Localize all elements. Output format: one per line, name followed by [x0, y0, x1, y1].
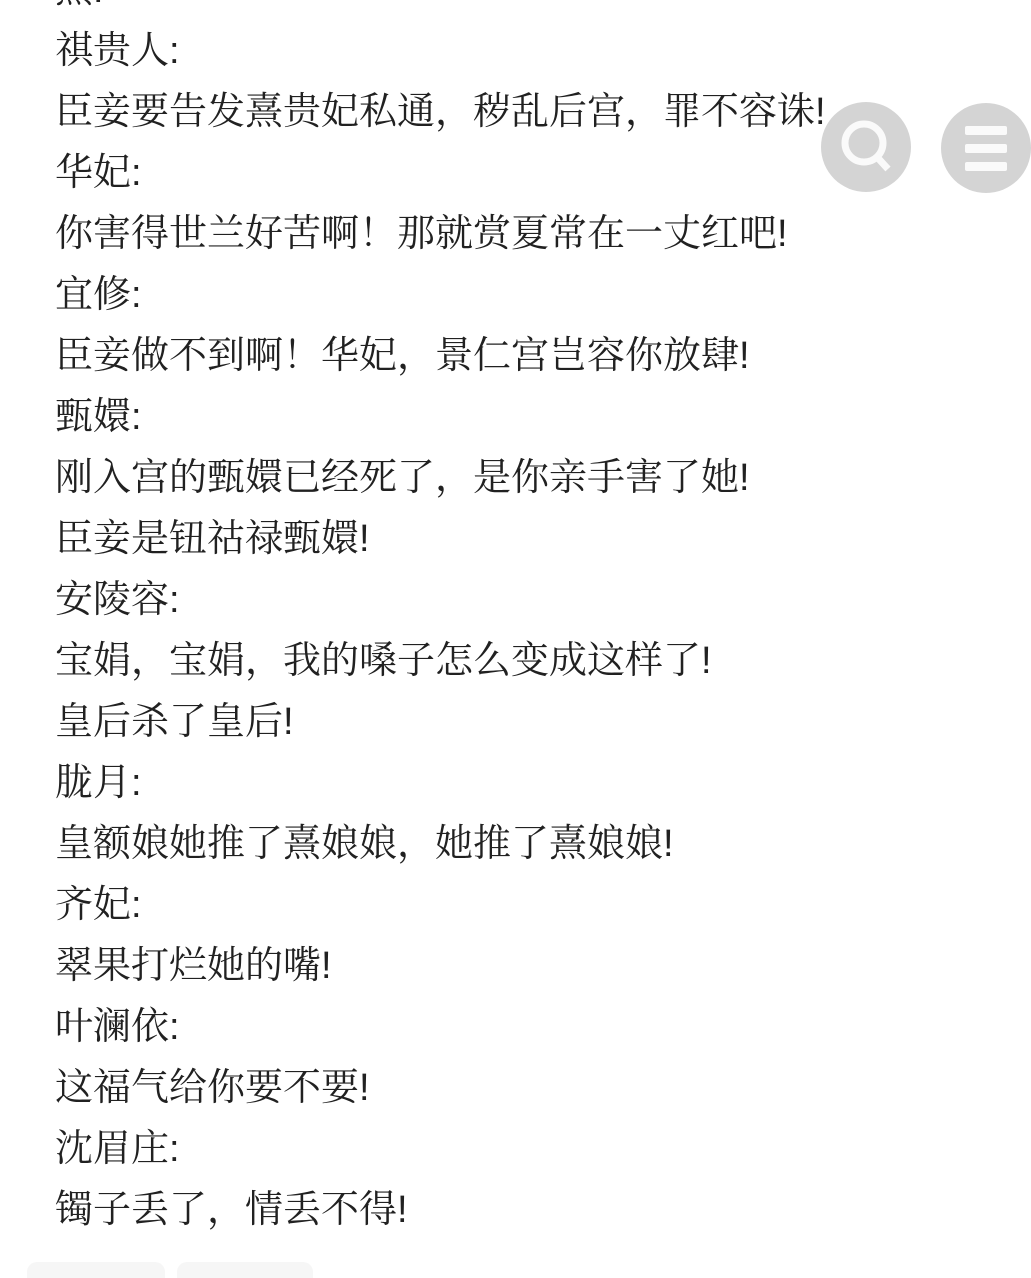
quote-line: 皇额娘她推了熹娘娘，她推了熹娘娘! — [55, 814, 1031, 875]
speaker-line: 宜修: — [55, 265, 1031, 326]
document-page: { "page": { "background_color": "#ffffff… — [0, 0, 1031, 1278]
bottom-placeholder-bar — [27, 1262, 165, 1278]
speaker-line: 叶澜依: — [55, 997, 1031, 1058]
speaker-line: 齐妃: — [55, 875, 1031, 936]
quote-line: 臣妾做不到啊！华妃，景仁宫岂容你放肆! — [55, 326, 1031, 387]
clipped-top-line: 熹! — [55, 0, 1031, 21]
menu-button[interactable] — [941, 103, 1031, 193]
quote-line: 翠果打烂她的嘴! — [55, 936, 1031, 997]
quote-line: 皇后杀了皇后! — [55, 692, 1031, 753]
speaker-line: 祺贵人: — [55, 21, 1031, 82]
bottom-placeholder-bar — [177, 1262, 313, 1278]
quote-line: 宝娟，宝娟，我的嗓子怎么变成这样了! — [55, 631, 1031, 692]
quote-line: 刚入宫的甄嬛已经死了，是你亲手害了她! — [55, 448, 1031, 509]
quote-line: 你害得世兰好苦啊！那就赏夏常在一丈红吧! — [55, 204, 1031, 265]
quote-line: 镯子丢了，情丢不得! — [55, 1180, 1031, 1241]
search-button[interactable] — [821, 102, 911, 192]
quote-line: 这福气给你要不要! — [55, 1058, 1031, 1119]
speaker-line: 胧月: — [55, 753, 1031, 814]
speaker-line: 安陵容: — [55, 570, 1031, 631]
hamburger-menu-icon — [965, 126, 1007, 171]
search-icon — [821, 102, 911, 192]
speaker-line: 甄嬛: — [55, 387, 1031, 448]
speaker-line: 沈眉庄: — [55, 1119, 1031, 1180]
quote-line: 臣妾是钮祜禄甄嬛! — [55, 509, 1031, 570]
